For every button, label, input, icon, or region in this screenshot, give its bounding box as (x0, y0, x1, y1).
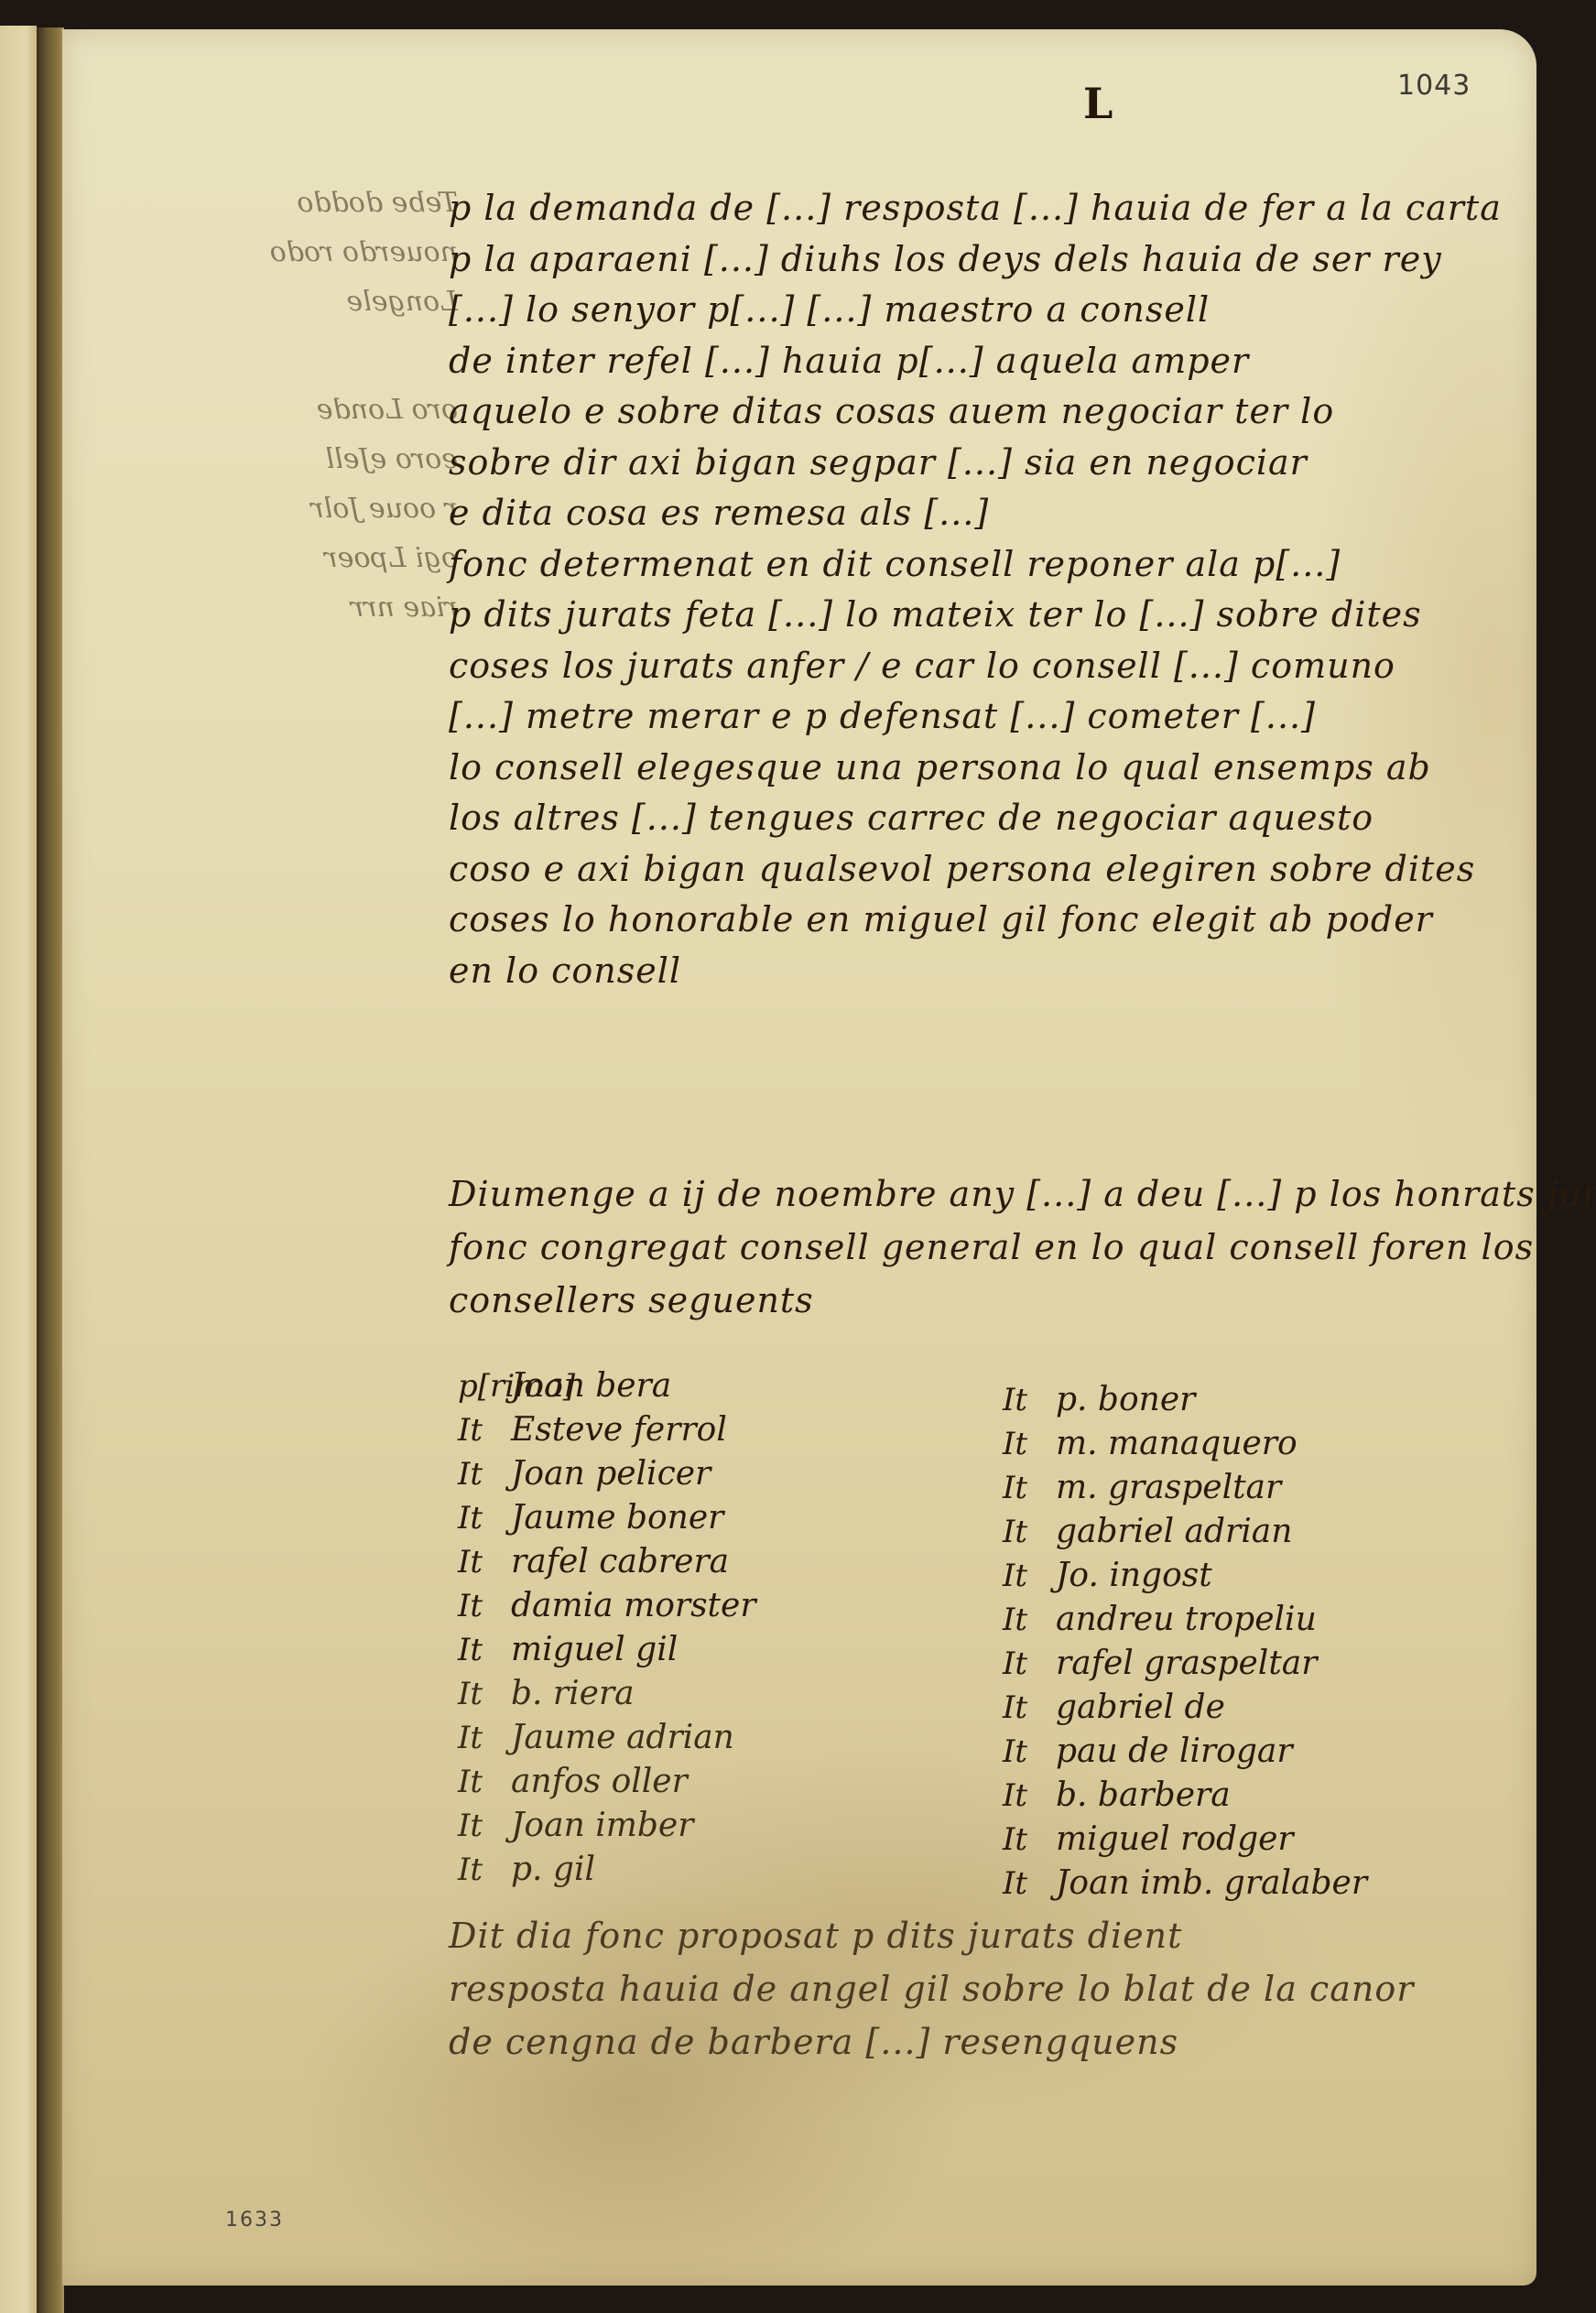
attendee-name: Joan pelicer (511, 1452, 711, 1495)
text-line: de inter refel [...] hauia p[...] aquela… (449, 336, 1511, 387)
attendee-row: Itrafel cabrera (458, 1540, 756, 1584)
margin-note: oro Londe (137, 385, 458, 435)
text-line: coses los jurats anfer / e car lo consel… (449, 641, 1511, 692)
attendee-row: ItJoan imber (458, 1804, 756, 1848)
text-line: Diumenge a ij de noembre any [...] a deu… (449, 1167, 1511, 1221)
text-line: aquelo e sobre ditas cosas auem negociar… (449, 386, 1511, 438)
item-prefix: It (1003, 1643, 1056, 1686)
attendee-row: Itgabriel de (1003, 1686, 1367, 1730)
text-line: [...] lo senyor p[...] [...] maestro a c… (449, 285, 1511, 336)
attendee-name: Esteve ferrol (511, 1408, 727, 1451)
item-prefix: p[rimo] (458, 1365, 511, 1408)
text-line: fonc determenat en dit consell reponer a… (449, 539, 1511, 591)
attendee-row: Itm. manaquero (1003, 1422, 1367, 1466)
item-prefix: It (458, 1453, 511, 1496)
attendee-name: gabriel adrian (1056, 1510, 1292, 1553)
binding-gutter (37, 27, 64, 2313)
folio-number-bottom: 1633 (225, 2209, 284, 2232)
text-line: [...] metre merar e p defensat [...] com… (449, 691, 1511, 743)
text-line: lo consell elegesque una persona lo qual… (449, 743, 1511, 794)
folio-number-top: 1043 (1397, 70, 1471, 102)
item-prefix: It (1003, 1687, 1056, 1730)
margin-note: eoro eJell (147, 435, 458, 484)
text-line: resposta hauia de angel gil sobre lo bla… (449, 1962, 1511, 2015)
margin-note: r ooue Jolr (128, 484, 458, 534)
item-prefix: It (1003, 1379, 1056, 1422)
text-line: fonc congregat consell general en lo qua… (449, 1221, 1511, 1274)
attendee-row: ItJoan pelicer (458, 1452, 756, 1496)
text-line: Dit dia fonc proposat p dits jurats dien… (449, 1909, 1511, 1962)
text-line: p dits jurats feta [...] lo mateix ter l… (449, 590, 1511, 641)
attendee-row: Itm. graspeltar (1003, 1466, 1367, 1510)
text-line: de cengna de barbera [...] resengquens (449, 2015, 1511, 2069)
item-prefix: It (1003, 1819, 1056, 1862)
attendee-name: pau de lirogar (1056, 1730, 1293, 1773)
attendee-name: m. graspeltar (1056, 1466, 1281, 1509)
attendee-name: rafel graspeltar (1056, 1642, 1317, 1685)
attendee-row: Itrafel graspeltar (1003, 1642, 1367, 1686)
attendee-row: Itp. boner (1003, 1378, 1367, 1422)
item-prefix: It (458, 1541, 511, 1584)
text-line: p la demanda de [...] resposta [...] hau… (449, 183, 1511, 234)
margin-bleed-through-notes: Tebe doddo nouerdo rodo Longele oro Lond… (165, 179, 458, 633)
attendee-name: damia morster (511, 1584, 756, 1627)
attendees-right-column: Itp. boner Itm. manaquero Itm. graspelta… (1003, 1378, 1367, 1906)
attendee-row: ItJaume boner (458, 1496, 756, 1540)
attendee-row: Itb. riera (458, 1672, 756, 1716)
attendee-name: p. gil (511, 1848, 595, 1891)
item-prefix: It (1003, 1862, 1056, 1906)
attendee-row: Itpau de lirogar (1003, 1730, 1367, 1774)
previous-page-edge (0, 26, 37, 2313)
attendee-name: p. boner (1056, 1378, 1195, 1421)
margin-note: Longele (147, 277, 458, 327)
attendee-name: Joan imb. gralaber (1056, 1862, 1367, 1905)
item-prefix: It (458, 1761, 511, 1804)
attendee-row: Itmiguel gil (458, 1628, 756, 1672)
text-line: consellers seguents (449, 1274, 1511, 1327)
item-prefix: It (1003, 1599, 1056, 1642)
attendee-row: Itandreu tropeliu (1003, 1598, 1367, 1642)
attendee-name: miguel gil (511, 1628, 678, 1671)
attendee-row: ItJoan imb. gralaber (1003, 1862, 1367, 1906)
attendee-name: Joan imber (511, 1804, 693, 1847)
text-line: sobre dir axi bigan segpar [...] sia en … (449, 438, 1511, 489)
attendee-name: Jo. ingost (1056, 1554, 1212, 1597)
margin-note: ogi Lpoer (137, 534, 458, 583)
attendee-name: b. barbera (1056, 1774, 1231, 1817)
item-prefix: It (1003, 1775, 1056, 1818)
attendee-row: Itdamia morster (458, 1584, 756, 1628)
paragraph-council-convened: Diumenge a ij de noembre any [...] a deu… (449, 1167, 1511, 1327)
attendee-name: andreu tropeliu (1056, 1598, 1317, 1641)
item-prefix: It (458, 1497, 511, 1540)
attendee-name: Jaume adrian (511, 1716, 734, 1759)
text-line: p la aparaeni [...] diuhs los deys dels … (449, 234, 1511, 286)
item-prefix: It (458, 1673, 511, 1716)
margin-note: Tebe doddo (201, 179, 458, 228)
text-line: los altres [...] tengues carrec de negoc… (449, 793, 1511, 844)
paragraph-proposal: Dit dia fonc proposat p dits jurats dien… (449, 1909, 1511, 2069)
item-prefix: It (458, 1805, 511, 1848)
attendee-row: ItJo. ingost (1003, 1554, 1367, 1598)
attendee-name: Jaume boner (511, 1496, 723, 1539)
attendee-name: rafel cabrera (511, 1540, 729, 1583)
item-prefix: It (458, 1409, 511, 1452)
item-prefix: It (1003, 1511, 1056, 1554)
item-prefix: It (1003, 1467, 1056, 1510)
text-line: en lo consell (449, 946, 1511, 997)
paragraph-council-response: p la demanda de [...] resposta [...] hau… (449, 183, 1511, 996)
attendees-left-column: p[rimo]Joan bera ItEsteve ferrol ItJoan … (458, 1364, 756, 1892)
text-line: coso e axi bigan qualsevol persona elegi… (449, 844, 1511, 896)
attendee-row: Itgabriel adrian (1003, 1510, 1367, 1554)
text-line: e dita cosa es remesa als [...] (449, 488, 1511, 539)
item-prefix: It (458, 1629, 511, 1672)
item-prefix: It (1003, 1555, 1056, 1598)
attendee-row: Itanfos oller (458, 1760, 756, 1804)
attendee-row: Itmiguel rodger (1003, 1818, 1367, 1862)
attendee-row: ItEsteve ferrol (458, 1408, 756, 1452)
attendee-name: m. manaquero (1056, 1422, 1297, 1465)
attendee-name: anfos oller (511, 1760, 688, 1803)
margin-note: riae nrr (147, 583, 458, 633)
attendee-name: b. riera (511, 1672, 635, 1715)
item-prefix: It (458, 1717, 511, 1760)
attendee-name: gabriel de (1056, 1686, 1225, 1729)
item-prefix: It (458, 1585, 511, 1628)
attendee-name: Joan bera (511, 1364, 671, 1407)
attendee-row: Itp. gil (458, 1848, 756, 1892)
attendee-row: ItJaume adrian (458, 1716, 756, 1760)
attendee-name: miguel rodger (1056, 1818, 1294, 1861)
page-mark: L (1083, 79, 1113, 128)
attendee-row: Itb. barbera (1003, 1774, 1367, 1818)
margin-note: nouerdo rodo (165, 228, 458, 277)
attendee-row: p[rimo]Joan bera (458, 1364, 756, 1408)
text-line: coses lo honorable en miguel gil fonc el… (449, 895, 1511, 946)
item-prefix: It (458, 1849, 511, 1892)
item-prefix: It (1003, 1423, 1056, 1466)
item-prefix: It (1003, 1731, 1056, 1774)
